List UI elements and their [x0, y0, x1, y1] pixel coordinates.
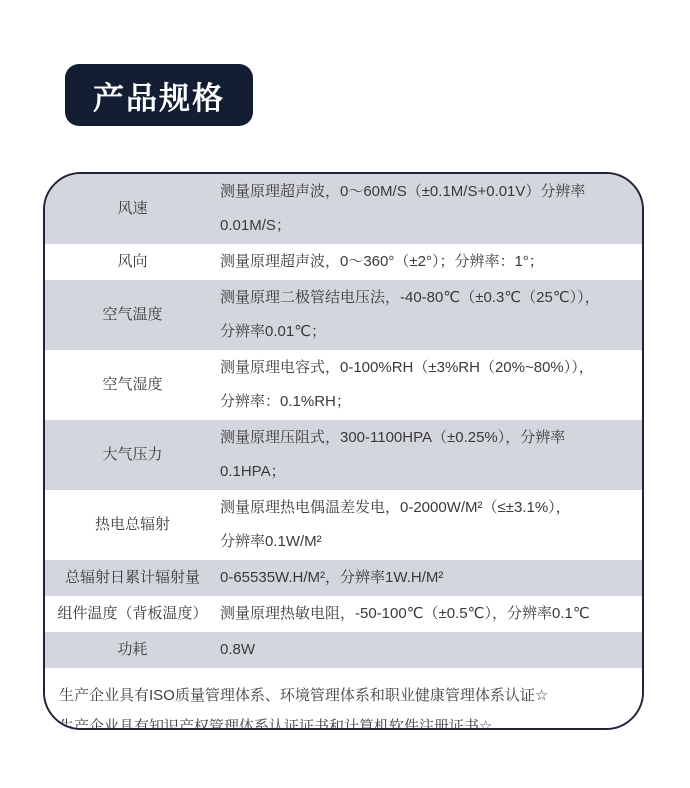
spec-value: 测量原理二极管结电压法，-40-80℃（±0.3℃（25℃））， 分辨率0.01…	[220, 281, 642, 349]
section-title-badge: 产品规格	[65, 64, 253, 126]
spec-row-total-radiation: 热电总辐射 测量原理热电偶温差发电，0-2000W/M²（≤±3.1%）， 分辨…	[45, 490, 642, 560]
spec-label: 空气温度	[45, 298, 220, 332]
spec-row-air-temperature: 空气温度 测量原理二极管结电压法，-40-80℃（±0.3℃（25℃））， 分辨…	[45, 280, 642, 350]
product-spec-page: 产品规格 风速 测量原理超声波，0～60M/S（±0.1M/S+0.01V）分辨…	[0, 0, 690, 788]
note-line-ip-certification: 生产企业具有知识产权管理体系认证证书和计算机软件注册证书☆	[59, 716, 626, 730]
spec-label: 空气湿度	[45, 368, 220, 402]
spec-label: 功耗	[45, 633, 220, 667]
spec-label: 风向	[45, 245, 220, 279]
spec-value: 0-65535W.H/M²，分辨率1W.H/M²	[220, 561, 642, 595]
spec-value: 测量原理热敏电阻，-50-100℃（±0.5℃），分辨率0.1℃	[220, 597, 642, 631]
spec-row-wind-speed: 风速 测量原理超声波，0～60M/S（±0.1M/S+0.01V）分辨率0.01…	[45, 174, 642, 244]
spec-table: 风速 测量原理超声波，0～60M/S（±0.1M/S+0.01V）分辨率0.01…	[45, 174, 642, 668]
spec-value: 测量原理超声波，0～60M/S（±0.1M/S+0.01V）分辨率0.01M/S…	[220, 175, 642, 243]
certification-notes: 生产企业具有ISO质量管理体系、环境管理体系和职业健康管理体系认证☆ 生产企业具…	[45, 668, 642, 730]
spec-value: 测量原理电容式，0-100%RH（±3%RH（20%~80%））， 分辨率：0.…	[220, 351, 642, 419]
section-title: 产品规格	[93, 73, 225, 118]
spec-row-air-humidity: 空气湿度 测量原理电容式，0-100%RH（±3%RH（20%~80%））， 分…	[45, 350, 642, 420]
spec-row-wind-direction: 风向 测量原理超声波，0～360°（±2°）；分辨率：1°；	[45, 244, 642, 280]
spec-label: 风速	[45, 192, 220, 226]
spec-label: 组件温度（背板温度）	[45, 597, 220, 631]
spec-row-module-temperature: 组件温度（背板温度） 测量原理热敏电阻，-50-100℃（±0.5℃），分辨率0…	[45, 596, 642, 632]
spec-label: 大气压力	[45, 438, 220, 472]
spec-value: 测量原理压阻式，300-1100HPA（±0.25%），分辨率0.1HPA；	[220, 421, 642, 489]
spec-label: 热电总辐射	[45, 508, 220, 542]
spec-row-daily-cumulative-radiation: 总辐射日累计辐射量 0-65535W.H/M²，分辨率1W.H/M²	[45, 560, 642, 596]
spec-value: 0.8W	[220, 633, 642, 667]
spec-card: 风速 测量原理超声波，0～60M/S（±0.1M/S+0.01V）分辨率0.01…	[43, 172, 644, 730]
note-line-iso-certification: 生产企业具有ISO质量管理体系、环境管理体系和职业健康管理体系认证☆	[59, 685, 626, 707]
spec-row-power-consumption: 功耗 0.8W	[45, 632, 642, 668]
spec-row-air-pressure: 大气压力 测量原理压阻式，300-1100HPA（±0.25%），分辨率0.1H…	[45, 420, 642, 490]
spec-value: 测量原理超声波，0～360°（±2°）；分辨率：1°；	[220, 245, 642, 279]
spec-label: 总辐射日累计辐射量	[45, 561, 220, 595]
spec-value: 测量原理热电偶温差发电，0-2000W/M²（≤±3.1%）， 分辨率0.1W/…	[220, 491, 642, 559]
